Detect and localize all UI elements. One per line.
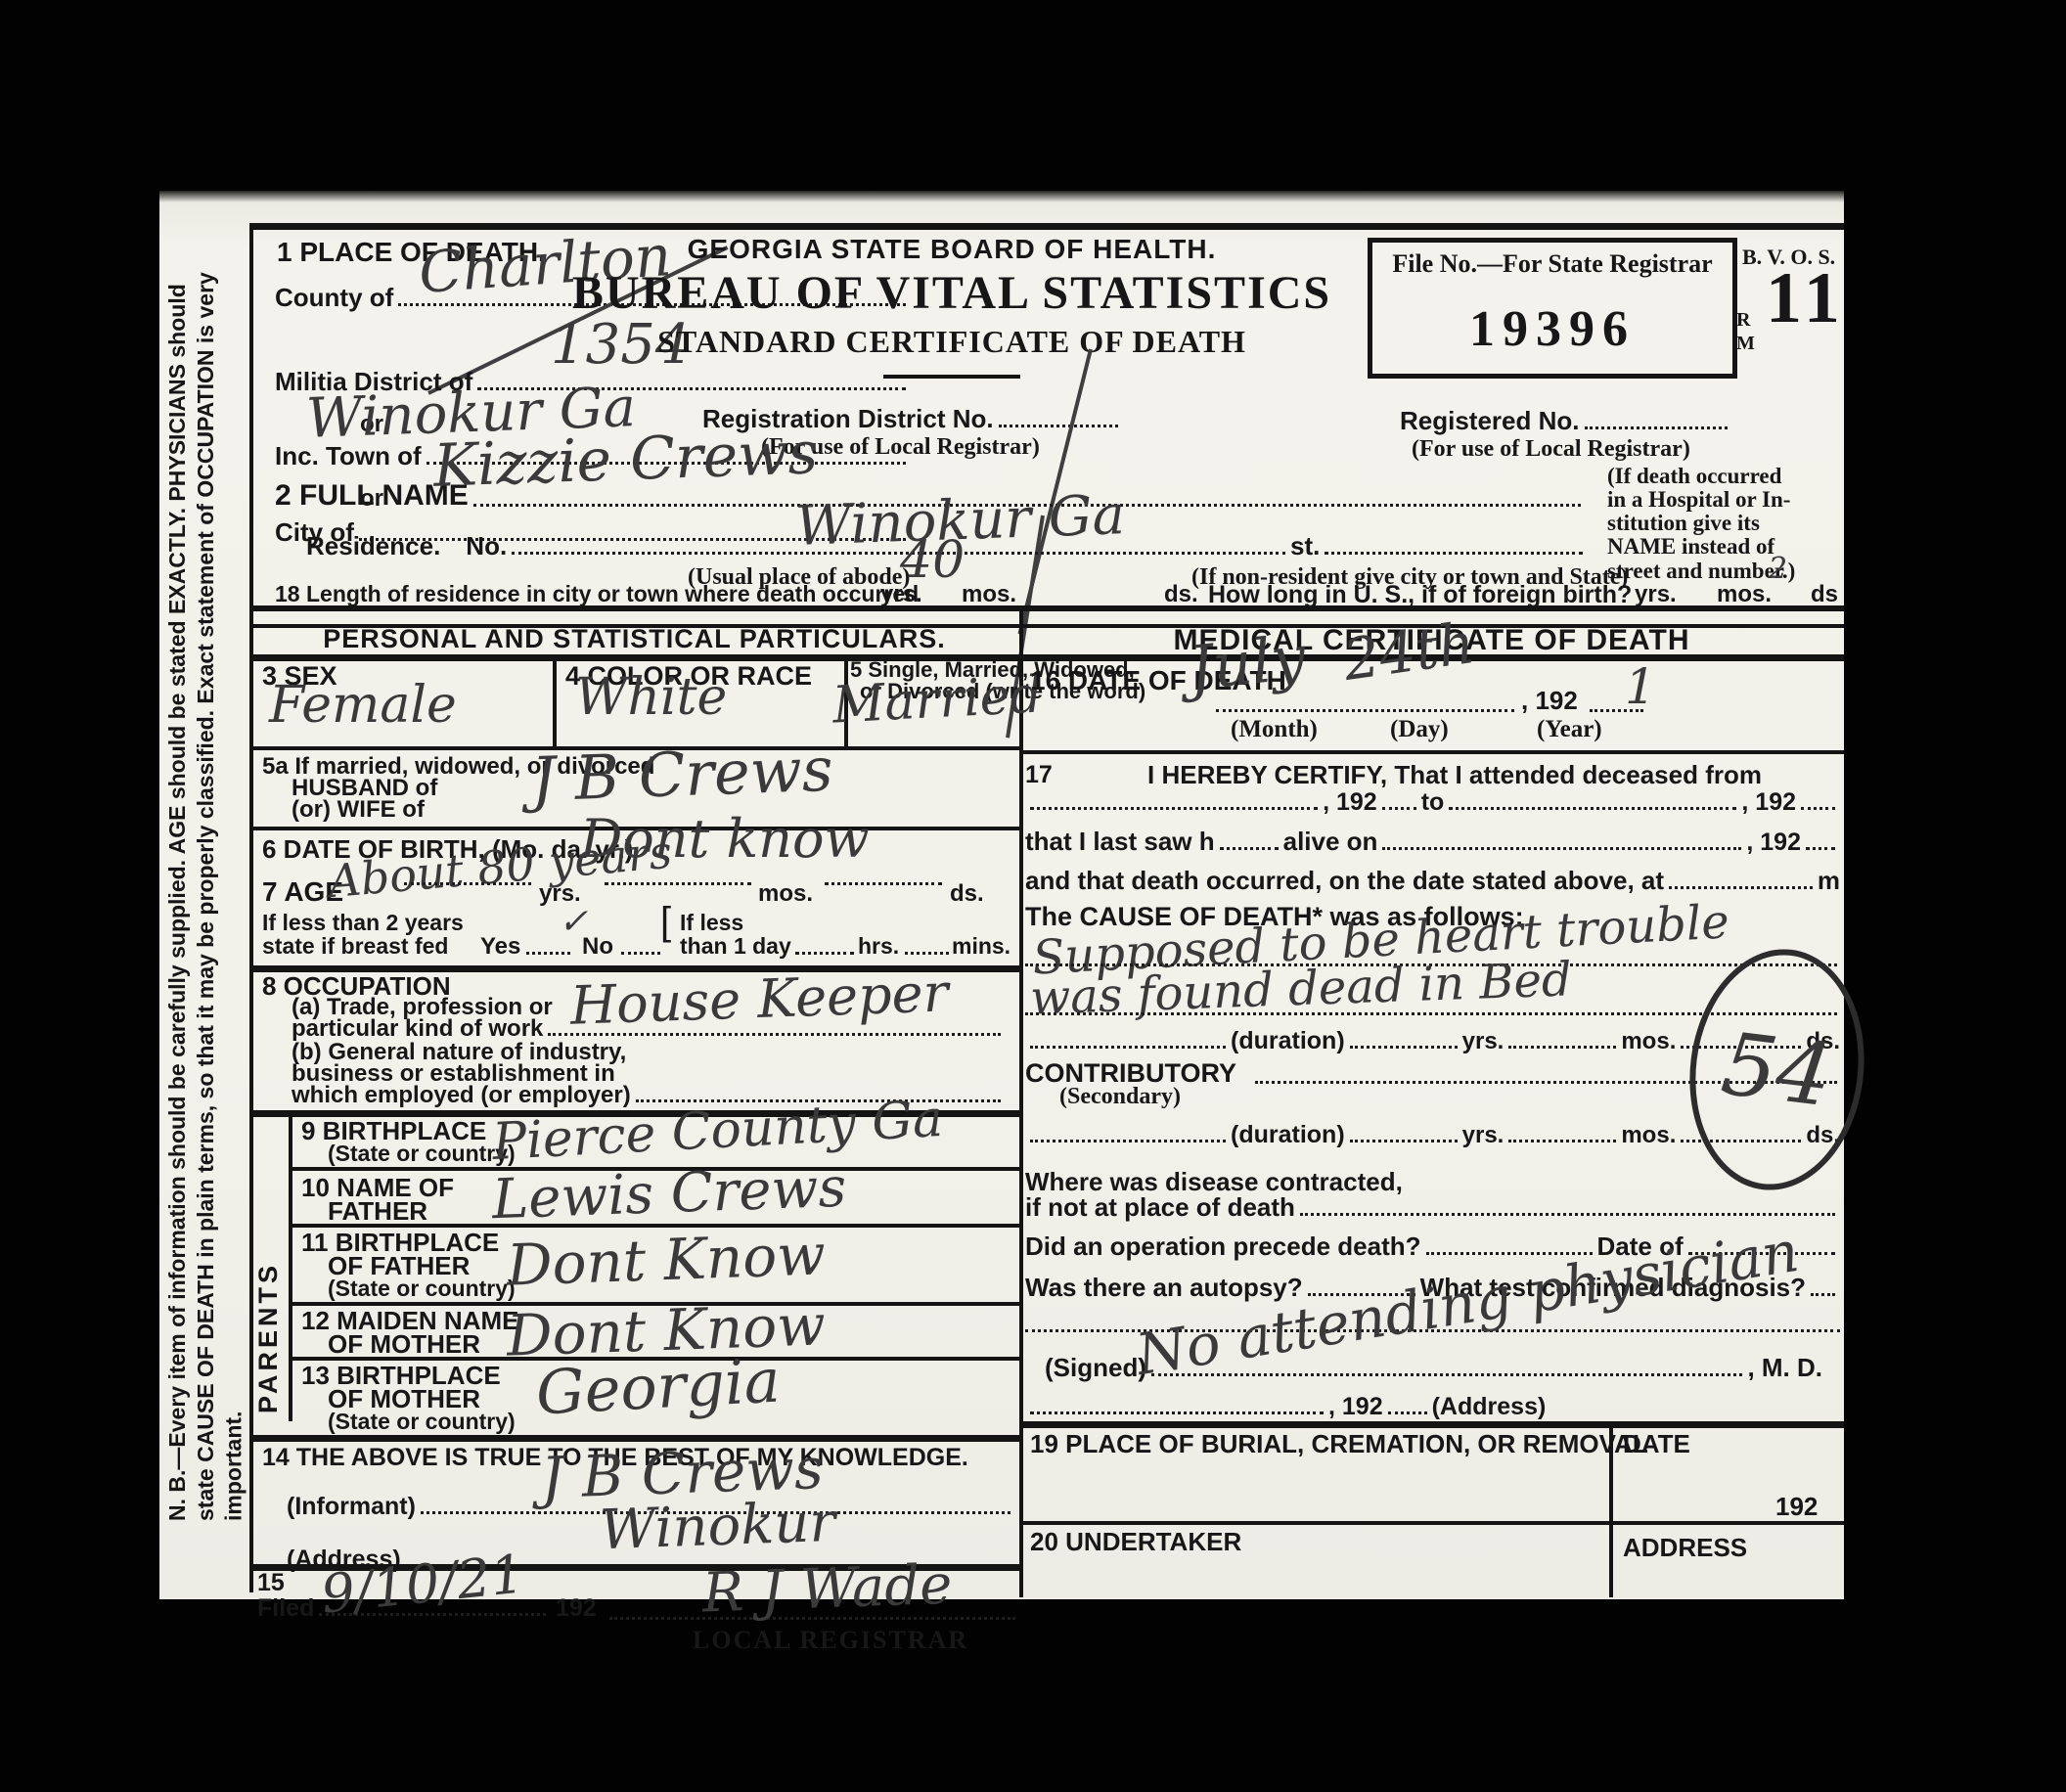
residence-st-label: st. bbox=[1290, 533, 1320, 560]
ifless-label-line1: If less bbox=[680, 911, 743, 934]
signed-date-blank bbox=[1030, 1411, 1324, 1414]
occurred-label: and that death occurred, on the date sta… bbox=[1025, 868, 1664, 894]
death-year-handwritten: 1 bbox=[1625, 662, 1656, 711]
duration-label: (duration) bbox=[1231, 1028, 1345, 1053]
bureau-title: BUREAU OF VITAL STATISTICS bbox=[541, 269, 1363, 318]
husband-label-line3: (or) WIFE of bbox=[292, 797, 425, 822]
age-yrs-blank bbox=[404, 861, 531, 885]
father-bp-label-line3: (State or country) bbox=[328, 1277, 516, 1300]
age-ds-label: ds. bbox=[950, 881, 984, 906]
certify-192a: , 192 bbox=[1323, 789, 1377, 815]
margin-instructions-note: N. B.—Every item of information should b… bbox=[163, 249, 246, 1521]
corner-letter-m: M bbox=[1736, 334, 1755, 354]
certify-192b-blank bbox=[1801, 807, 1835, 810]
day-caption: (Day) bbox=[1390, 717, 1449, 742]
circled-code-value: 54 bbox=[1718, 1020, 1837, 1119]
duration2-mos-label: mos. bbox=[1621, 1123, 1676, 1147]
filed-number: 15 bbox=[257, 1570, 285, 1595]
breastfed-label-line2: state if breast fed bbox=[262, 934, 448, 958]
registration-district-blank bbox=[999, 425, 1118, 427]
signed-192-label: , 192 bbox=[1328, 1394, 1383, 1419]
board-of-health-title: GEORGIA STATE BOARD OF HEALTH. bbox=[541, 235, 1363, 263]
mother-maiden-label-line2: OF MOTHER bbox=[328, 1331, 480, 1358]
secondary-label: (Secondary) bbox=[1059, 1085, 1181, 1109]
breastfed-label-line1: If less than 2 years bbox=[262, 911, 464, 934]
informant-label: (Informant) bbox=[287, 1494, 416, 1519]
duration-mos-label: mos. bbox=[1621, 1029, 1676, 1053]
local-registrar-signature: R J Wade bbox=[701, 1558, 953, 1622]
header-divider-rule bbox=[883, 375, 1020, 379]
aliveon-blank bbox=[1382, 847, 1741, 850]
no-blank bbox=[621, 934, 660, 955]
file-number-box: File No.—For State Registrar 19396 bbox=[1368, 238, 1737, 379]
husband-handwritten-value: J B Crews bbox=[530, 739, 833, 811]
registered-no-subnote: (For use of Local Registrar) bbox=[1412, 437, 1690, 462]
duration2-yrs-blank bbox=[1350, 1140, 1458, 1142]
scan-edge-smudge bbox=[159, 191, 1844, 202]
column-divider bbox=[1019, 605, 1023, 1597]
parents-inner-border bbox=[289, 1110, 292, 1421]
death-month-handwritten: July bbox=[1186, 627, 1308, 699]
certify-from-blank bbox=[1030, 807, 1318, 810]
county-label: County of bbox=[275, 285, 393, 311]
local-registrar-label: LOCAL REGISTRAR bbox=[693, 1627, 968, 1653]
age-ds-blank bbox=[825, 861, 942, 885]
signed-blank bbox=[1151, 1373, 1742, 1376]
scanned-document-canvas: N. B.—Every item of information should b… bbox=[0, 0, 2066, 1792]
circled-code-mark: 54 bbox=[1677, 939, 1878, 1200]
residence-no-label: No. bbox=[466, 533, 507, 560]
standard-certificate-title: STANDARD CERTIFICATE OF DEATH bbox=[541, 326, 1363, 359]
age-mos-label: mos. bbox=[758, 881, 813, 906]
duration2-label: (duration) bbox=[1231, 1122, 1345, 1147]
lastsaw-192-blank bbox=[1806, 847, 1835, 850]
row18-ds-label: ds. bbox=[1164, 582, 1198, 606]
mother-bp-handwritten-value: Georgia bbox=[535, 1351, 783, 1424]
undertaker-192-label: 192 bbox=[1775, 1494, 1818, 1520]
hrs-blank bbox=[795, 934, 854, 955]
if-less-bracket: [ bbox=[660, 901, 671, 942]
file-number-label: File No.—For State Registrar bbox=[1372, 250, 1732, 277]
row18-ds2-label: ds bbox=[1811, 582, 1838, 606]
duration2-blank-lead bbox=[1030, 1140, 1226, 1142]
residence-label: Residence. bbox=[306, 533, 440, 560]
month-caption: (Month) bbox=[1231, 717, 1318, 742]
contracted-label-line2: if not at place of death bbox=[1025, 1194, 1295, 1221]
lastsaw-h-blank bbox=[1220, 847, 1279, 850]
undertaker-label: 20 UNDERTAKER bbox=[1030, 1529, 1241, 1555]
certify-192a-blank bbox=[1382, 807, 1416, 810]
duration-mos-blank bbox=[1508, 1046, 1616, 1049]
row18-yrs2-label: yrs. bbox=[1635, 582, 1677, 606]
file-number-stamp: 19396 bbox=[1372, 303, 1732, 357]
occurred-m-suffix: m bbox=[1818, 868, 1840, 894]
personal-particulars-title: PERSONAL AND STATISTICAL PARTICULARS. bbox=[249, 625, 1019, 652]
how-long-in-us-label: How long in U. S., if of foreign birth? bbox=[1208, 582, 1632, 607]
md-label: , M. D. bbox=[1747, 1355, 1822, 1381]
sex-race-divider bbox=[553, 654, 557, 746]
signed-label: (Signed) bbox=[1045, 1355, 1146, 1381]
breastfed-yes-label: Yes bbox=[480, 934, 520, 959]
father-handwritten-value: Lewis Crews bbox=[491, 1161, 847, 1229]
certify-to: to bbox=[1421, 789, 1445, 815]
informant-address-handwritten-value: Winokur bbox=[599, 1496, 836, 1558]
autopsy-question: Was there an autopsy? bbox=[1025, 1275, 1303, 1301]
row18-years-handwritten: 40 bbox=[900, 535, 965, 586]
rule-below-dod bbox=[1019, 750, 1844, 754]
death-day-handwritten: 24th bbox=[1340, 614, 1478, 689]
duration2-yrs-label: yrs. bbox=[1462, 1123, 1505, 1147]
lastsaw-label: that I last saw h bbox=[1025, 829, 1215, 855]
race-handwritten-value: White bbox=[575, 672, 727, 723]
father-bp-handwritten-value: Dont Know bbox=[506, 1226, 827, 1293]
mins-blank bbox=[905, 934, 949, 955]
rule-above-undertaker bbox=[1019, 1521, 1844, 1525]
corner-letter-r: R bbox=[1736, 310, 1750, 331]
row18-mos-label: mos. bbox=[962, 582, 1016, 606]
duration2-mos-blank bbox=[1508, 1140, 1616, 1142]
occupation-handwritten-value: House Keeper bbox=[569, 966, 949, 1032]
occupation-line-a2: particular kind of work bbox=[292, 1016, 543, 1041]
mother-bp-label-line3: (State or country) bbox=[328, 1410, 516, 1433]
duration-blank-lead bbox=[1030, 1046, 1226, 1049]
age-mos-blank bbox=[605, 861, 751, 885]
hospital-note-line4: NAME instead of bbox=[1607, 535, 1852, 559]
hospital-note-line5: street and number.) bbox=[1607, 560, 1852, 583]
duration-yrs-label: yrs. bbox=[1462, 1029, 1505, 1053]
form-top-border bbox=[249, 223, 1844, 230]
dod-192-label: , 192 bbox=[1521, 688, 1578, 714]
certify-192b: , 192 bbox=[1741, 789, 1796, 815]
sex-handwritten-value: Female bbox=[269, 680, 457, 731]
registered-no-label: Registered No. bbox=[1400, 408, 1580, 434]
marital-handwritten-value: Married bbox=[831, 669, 1044, 731]
filed-label: Filed bbox=[257, 1595, 314, 1621]
hospital-note-line1: (If death occurred bbox=[1607, 465, 1852, 488]
registered-no-blank bbox=[1585, 426, 1729, 429]
item-17-number: 17 bbox=[1025, 762, 1053, 787]
operation-question: Did an operation precede death? bbox=[1025, 1233, 1421, 1260]
death-certificate-paper: N. B.—Every item of information should b… bbox=[159, 191, 1844, 1599]
birthplace-label-line2: (State or country) bbox=[328, 1142, 516, 1165]
row18-stray-mark: 2 bbox=[1769, 555, 1787, 584]
hospital-note-line3: stitution give its bbox=[1607, 512, 1852, 535]
length-of-residence-label: 18 Length of residence in city or town w… bbox=[275, 582, 919, 605]
hospital-note-line2: in a Hospital or In- bbox=[1607, 488, 1852, 512]
burial-label: 19 PLACE OF BURIAL, CREMATION, OR REMOVA… bbox=[1030, 1431, 1648, 1457]
rule-above-burial bbox=[1019, 1421, 1844, 1428]
hospital-note: (If death occurred in a Hospital or In- … bbox=[1607, 465, 1852, 583]
lastsaw-192: , 192 bbox=[1746, 829, 1801, 855]
residence-st-blank bbox=[1325, 552, 1583, 555]
occupation-line-b3: which employed (or employer) bbox=[292, 1083, 631, 1107]
full-name-handwritten-value: Kizzie Crews bbox=[432, 424, 819, 496]
autopsy-test-blank bbox=[1811, 1293, 1835, 1296]
signed-192-blank bbox=[1388, 1411, 1427, 1414]
ifless-label-line2: than 1 day bbox=[680, 934, 791, 958]
filed-192-label: 192 bbox=[556, 1595, 597, 1621]
contracted-blank bbox=[1300, 1213, 1835, 1216]
certify-to-blank bbox=[1449, 807, 1736, 810]
row18-mos2-label: mos. bbox=[1717, 582, 1772, 606]
aliveon-label: alive on bbox=[1283, 829, 1378, 855]
occurred-blank bbox=[1669, 886, 1813, 889]
parents-vertical-label: PARENTS bbox=[253, 1130, 284, 1413]
father-label-line2: FATHER bbox=[328, 1198, 427, 1225]
duration-yrs-blank bbox=[1350, 1046, 1458, 1049]
year-caption: (Year) bbox=[1537, 717, 1602, 742]
breastfed-no-label: No bbox=[582, 934, 613, 959]
burial-date-column-label: DATE bbox=[1623, 1431, 1690, 1457]
burial-date-divider bbox=[1609, 1421, 1613, 1597]
mins-label: mins. bbox=[952, 934, 1011, 958]
corner-number: 11 bbox=[1766, 261, 1846, 337]
undertaker-address-label: ADDRESS bbox=[1623, 1535, 1747, 1561]
certify-statement: I HEREBY CERTIFY, That I attended deceas… bbox=[1147, 762, 1762, 788]
signed-address-caption: (Address) bbox=[1432, 1394, 1547, 1419]
hrs-label: hrs. bbox=[858, 934, 899, 958]
